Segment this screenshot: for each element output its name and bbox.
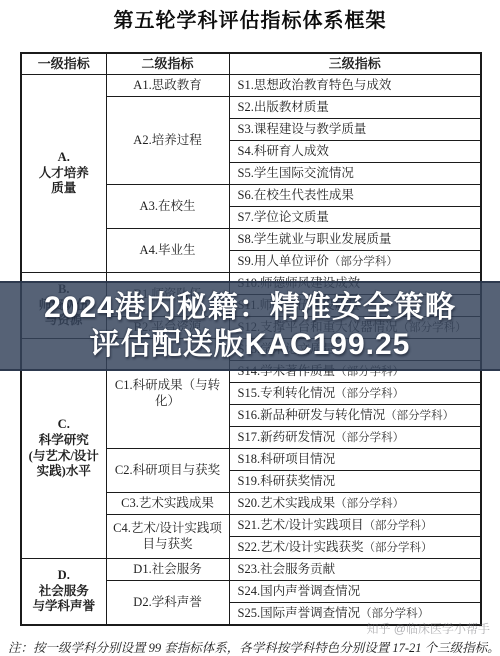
level1-cell: A. 人才培养 质量 [21, 75, 106, 273]
level2-cell: D2.学科声誉 [106, 581, 229, 626]
partial-discipline-note: （部分学科） [329, 256, 398, 268]
level3-cell: S22.艺术/设计实践获奖（部分学科） [229, 537, 481, 559]
table-row: A. 人才培养 质量A1.思政教育S1.思想政治教育特色与成效 [21, 75, 481, 97]
level2-cell: C2.科研项目与获奖 [106, 449, 229, 493]
level3-cell: S24.国内声誉调查情况 [229, 581, 481, 603]
level3-cell: S19.科研获奖情况 [229, 471, 481, 493]
level1-cell: D. 社会服务 与学科声誉 [21, 559, 106, 626]
partial-discipline-note: （部分学科） [364, 520, 433, 532]
overlay-text-line2: 评估配送版KAC199.25 [90, 326, 411, 363]
level2-cell: A4.毕业生 [106, 229, 229, 273]
partial-discipline-note: （部分学科） [335, 388, 404, 400]
watermark: 知乎 @临床医学小帮手 [366, 620, 490, 637]
overlay-text-line1: 2024港内秘籍：精准安全策略 [44, 289, 456, 326]
header-level1: 一级指标 [21, 53, 106, 75]
level3-cell: S6.在校生代表性成果 [229, 185, 481, 207]
table-row: D. 社会服务 与学科声誉D1.社会服务S23.社会服务贡献 [21, 559, 481, 581]
document-page: 第五轮学科评估指标体系框架 一级指标 二级指标 三级指标 A. 人才培养 质量A… [0, 0, 500, 656]
partial-discipline-note: （部分学科） [335, 498, 404, 510]
level2-cell: A3.在校生 [106, 185, 229, 229]
level3-cell: S18.科研项目情况 [229, 449, 481, 471]
level3-cell: S8.学生就业与职业发展质量 [229, 229, 481, 251]
header-level2: 二级指标 [106, 53, 229, 75]
level3-cell: S7.学位论文质量 [229, 207, 481, 229]
level2-cell: A2.培养过程 [106, 97, 229, 185]
footnote: 注：按一级学科分别设置 99 套指标体系，各学科按学科特色分别设置 17-21 … [8, 638, 496, 656]
level3-cell: S4.科研育人成效 [229, 141, 481, 163]
level2-cell: A1.思政教育 [106, 75, 229, 97]
level3-cell: S16.新品种研发与转化情况（部分学科） [229, 405, 481, 427]
header-level3: 三级指标 [229, 53, 481, 75]
level2-cell: C3.艺术实践成果 [106, 493, 229, 515]
level3-cell: S21.艺术/设计实践项目（部分学科） [229, 515, 481, 537]
level3-cell: S1.思想政治教育特色与成效 [229, 75, 481, 97]
level3-cell: S17.新药研发情况（部分学科） [229, 427, 481, 449]
level1-cell: C. 科学研究 (与艺术/设计 实践)水平 [21, 339, 106, 559]
promo-overlay-banner: 2024港内秘籍：精准安全策略 评估配送版KAC199.25 [0, 281, 500, 371]
partial-discipline-note: （部分学科） [385, 410, 454, 422]
level3-cell: S9.用人单位评价（部分学科） [229, 251, 481, 273]
page-title: 第五轮学科评估指标体系框架 [0, 4, 500, 33]
level3-cell: S2.出版教材质量 [229, 97, 481, 119]
level3-cell: S5.学生国际交流情况 [229, 163, 481, 185]
partial-discipline-note: （部分学科） [335, 432, 404, 444]
level2-cell: D1.社会服务 [106, 559, 229, 581]
level3-cell: S3.课程建设与教学质量 [229, 119, 481, 141]
level3-cell: S23.社会服务贡献 [229, 559, 481, 581]
level3-cell: S15.专利转化情况（部分学科） [229, 383, 481, 405]
level2-cell: C4.艺术/设计实践项目与获奖 [106, 515, 229, 559]
level3-cell: S20.艺术实践成果（部分学科） [229, 493, 481, 515]
partial-discipline-note: （部分学科） [360, 608, 429, 620]
table-header-row: 一级指标 二级指标 三级指标 [21, 53, 481, 75]
partial-discipline-note: （部分学科） [364, 542, 433, 554]
